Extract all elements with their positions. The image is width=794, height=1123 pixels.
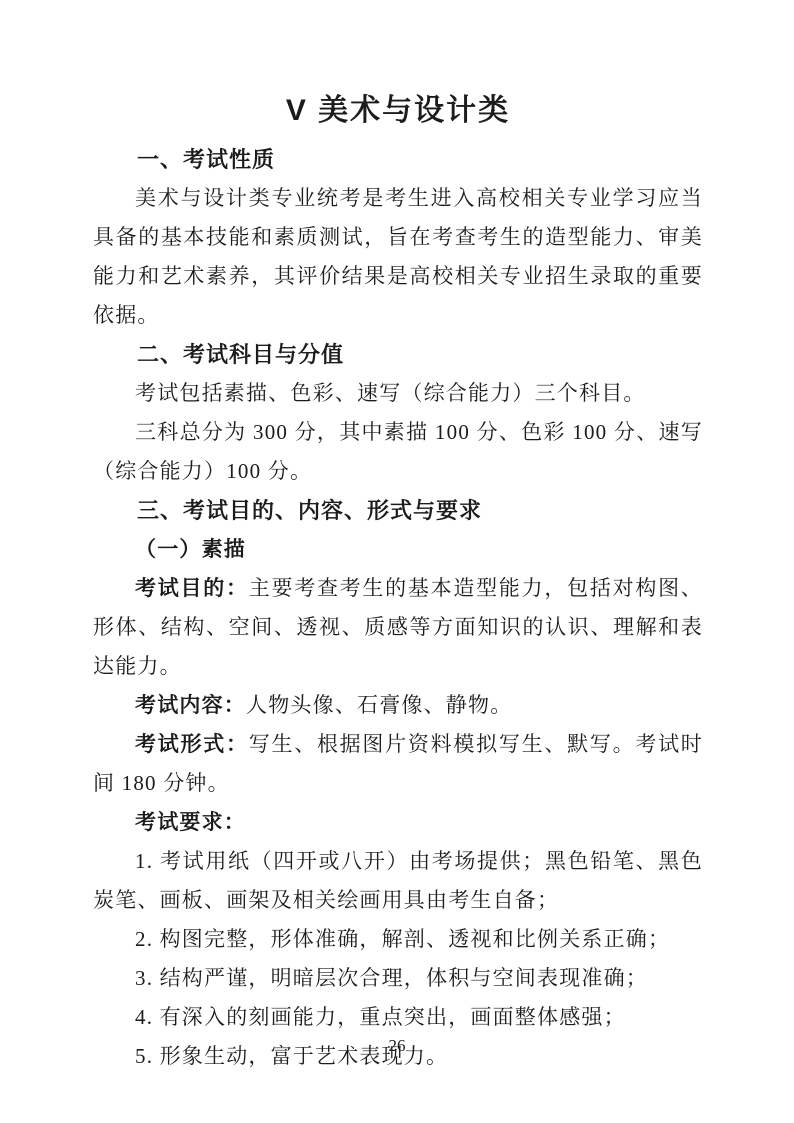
exam-content-text: 人物头像、石膏像、静物。 (246, 693, 512, 717)
subsection-heading-sketch: （一）素描 (93, 530, 703, 569)
section-heading-exam-nature: 一、考试性质 (93, 140, 703, 179)
requirement-item-3: 3. 结构严谨，明暗层次合理，体积与空间表现准确； (93, 959, 703, 998)
document-page: V 美术与设计类 一、考试性质 美术与设计类专业统考是考生进入高校相关专业学习应… (0, 0, 794, 1123)
paragraph-exam-requirements: 考试要求： (93, 803, 703, 842)
exam-requirements-label: 考试要求： (135, 810, 246, 834)
document-content: V 美术与设计类 一、考试性质 美术与设计类专业统考是考生进入高校相关专业学习应… (93, 88, 703, 1076)
requirement-item-4: 4. 有深入的刻画能力，重点突出，画面整体感强； (93, 998, 703, 1037)
exam-form-label: 考试形式： (135, 732, 249, 756)
requirement-item-2: 2. 构图完整，形体准确，解剖、透视和比例关系正确； (93, 920, 703, 959)
paragraph-exam-form: 考试形式：写生、根据图片资料模拟写生、默写。考试时间 180 分钟。 (93, 725, 703, 803)
page-number: 26 (0, 1035, 794, 1057)
exam-content-label: 考试内容： (135, 693, 246, 717)
section-heading-purpose-content-form: 三、考试目的、内容、形式与要求 (93, 491, 703, 530)
paragraph-exam-content: 考试内容：人物头像、石膏像、静物。 (93, 686, 703, 725)
requirement-item-1: 1. 考试用纸（四开或八开）由考场提供；黑色铅笔、黑色炭笔、画板、画架及相关绘画… (93, 842, 703, 920)
paragraph-exam-nature: 美术与设计类专业统考是考生进入高校相关专业学习应当具备的基本技能和素质测试，旨在… (93, 179, 703, 335)
paragraph-exam-purpose: 考试目的：主要考查考生的基本造型能力，包括对构图、形体、结构、空间、透视、质感等… (93, 569, 703, 686)
exam-purpose-label: 考试目的： (135, 576, 249, 600)
page-title: V 美术与设计类 (93, 88, 703, 134)
section-heading-subjects-scores: 二、考试科目与分值 (93, 335, 703, 374)
paragraph-scores: 三科总分为 300 分，其中素描 100 分、色彩 100 分、速写（综合能力）… (93, 413, 703, 491)
paragraph-subjects: 考试包括素描、色彩、速写（综合能力）三个科目。 (93, 374, 703, 413)
